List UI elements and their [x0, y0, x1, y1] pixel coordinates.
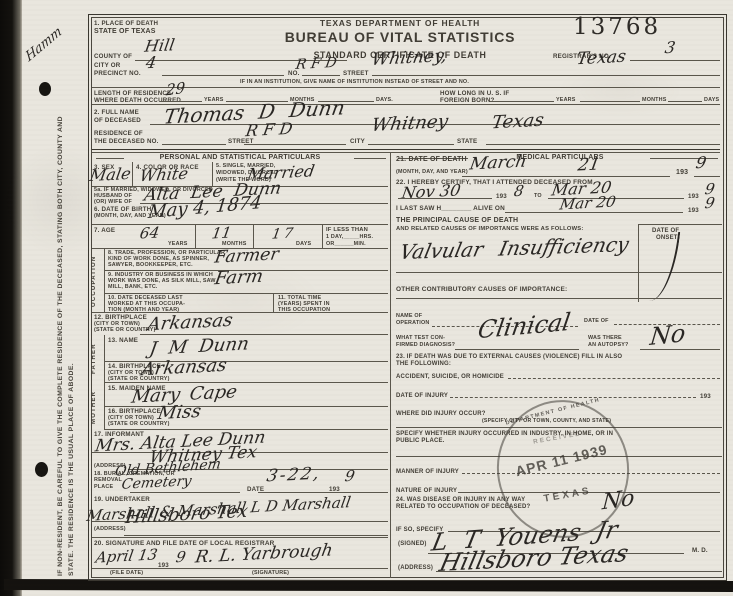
days-label: DAYS.: [376, 97, 393, 103]
physician-address-label: (ADDRESS): [398, 565, 433, 572]
field-line: [630, 60, 720, 61]
manner-of-injury-label: MANNER OF INJURY: [396, 469, 459, 476]
injury-specify-label-2: PUBLIC PLACE.: [396, 438, 445, 445]
operation-date-label: DATE OF: [584, 318, 609, 324]
row-rule: [104, 382, 388, 383]
field-line: [640, 349, 720, 350]
institution-note: IF IN AN INSTITUTION, GIVE NAME OF INSTI…: [240, 79, 469, 85]
city-or-label: CITY OR: [94, 62, 120, 69]
residence-state-value: Texas: [490, 112, 545, 133]
age-days-label: DAYS: [296, 241, 311, 247]
row-rule: [104, 293, 388, 294]
margin-line-2: STATE. THE RESIDENCE IS THE USUAL PLACE …: [67, 20, 78, 576]
trade-value: Farmer: [213, 246, 280, 266]
personal-section-title: PERSONAL AND STATISTICAL PARTICULARS: [100, 154, 380, 162]
field-line: [580, 101, 640, 102]
residence-label-2: THE DECEASED: [94, 138, 145, 145]
field-line: [244, 144, 346, 145]
autopsy-label-1: WAS THERE: [588, 335, 622, 341]
residence-label-1: RESIDENCE OF: [94, 130, 143, 137]
precinct-no-label: PRECINCT NO.: [94, 70, 141, 77]
onset-box-top: [638, 224, 722, 225]
row-rule: [104, 406, 388, 407]
field-line: [462, 176, 670, 177]
rule: [96, 158, 124, 159]
years-label: YEARS: [556, 97, 576, 103]
field-line: [450, 397, 696, 398]
row-rule: [124, 535, 388, 536]
injury-date-year: 193: [700, 393, 711, 400]
autopsy-value: No: [649, 321, 687, 349]
field-line: [162, 144, 226, 145]
sex-value: Male: [89, 166, 132, 184]
cell-divider: [195, 225, 196, 248]
industry-value: Farm: [213, 268, 264, 288]
date-of-death-day: 21: [577, 156, 602, 174]
row-rule: [92, 568, 388, 569]
father-birthplace-value: Arkansas: [140, 357, 228, 379]
last-saw-year-printed: 193: [688, 207, 699, 214]
field-line: [398, 198, 492, 199]
residence-state-label: STATE: [457, 138, 477, 145]
field-line: [490, 101, 554, 102]
last-saw-value: Mar 20: [559, 195, 617, 213]
file-date-caption: (FILE DATE): [110, 570, 143, 576]
section-divider: [92, 149, 720, 150]
date-of-death-sub: (MONTH, DAY, AND YEAR): [396, 169, 468, 175]
race-value: White: [138, 166, 189, 184]
birthplace-value: Arkansas: [146, 312, 234, 334]
age-days-value: 17: [271, 226, 297, 241]
contributory-label: OTHER CONTRIBUTORY CAUSES OF IMPORTANCE:: [396, 286, 567, 293]
cell-divider: [253, 225, 254, 248]
certificate-number: 13768: [573, 14, 661, 40]
cell-divider: [322, 225, 323, 248]
section-divider: [92, 152, 720, 153]
accident-label: ACCIDENT, SUICIDE, OR HOMICIDE: [396, 374, 504, 381]
file-year-value: 9: [175, 550, 187, 565]
onset-box-left: [638, 224, 639, 302]
occupation-side-label: OCCUPATION: [91, 252, 97, 310]
row-rule: [396, 298, 722, 299]
burial-date-value: 3-22,: [265, 466, 322, 486]
autopsy-label-2: AN AUTOPSY?: [588, 342, 629, 348]
row-rule: [92, 312, 388, 313]
to-label: TO: [534, 193, 542, 199]
trade-label-3: SAWYER, BOOKKEEPER, ETC.: [108, 262, 193, 268]
external-label-2: THE FOLLOWING:: [396, 361, 451, 368]
state-of-texas-label: STATE OF TEXAS: [94, 28, 156, 36]
operation-label-2: OPERATION: [396, 320, 429, 326]
father-name-label: 13. NAME: [108, 337, 138, 344]
rule: [92, 87, 720, 88]
row-rule: [92, 224, 388, 225]
last-saw-label: I LAST SAW H________ ALIVE ON: [396, 205, 505, 212]
hole-punch: [39, 82, 51, 96]
sidebar-divider: [104, 335, 105, 383]
cell-divider: [273, 293, 274, 312]
department-title: TEXAS DEPARTMENT OF HEALTH: [250, 19, 550, 29]
age-months-value: 11: [211, 226, 233, 242]
spouse-label-3: (OR) WIFE OF: [94, 199, 132, 205]
date-of-death-year-printed: 193: [676, 169, 688, 177]
field-line: [372, 75, 720, 76]
hole-punch: [35, 462, 48, 477]
column-divider: [390, 152, 391, 578]
scan-edge-left: [0, 0, 22, 596]
field-line: [668, 101, 702, 102]
county-label: COUNTY OF: [94, 53, 132, 60]
months-label: MONTHS: [642, 97, 667, 103]
file-date-value: April 13: [95, 547, 159, 565]
field-line: [130, 492, 240, 493]
burial-label-3: PLACE: [94, 484, 113, 490]
burial-place-value-2: Cemetery: [121, 474, 193, 492]
injury-where-label: WHERE DID INJURY OCCUR?: [396, 411, 486, 418]
field-line: [508, 378, 720, 379]
residence-no-label: NO.: [147, 138, 159, 145]
days-label: DAYS: [704, 97, 719, 103]
rule: [650, 158, 718, 159]
street-value: Whitney,: [370, 48, 448, 69]
mother-side-label: MOTHER: [91, 386, 97, 428]
margin-instruction-text: IF NON-RESIDENT, BE CAREFUL TO GIVE THE …: [56, 20, 78, 576]
street-state-value: Texas: [575, 49, 627, 69]
date-of-death-label: 21. DATE OF DEATH: [396, 156, 467, 164]
cause-label-2: AND RELATED CAUSES OF IMPORTANCE WERE AS…: [396, 226, 583, 233]
row-rule: [396, 272, 722, 273]
field-line: [486, 144, 720, 145]
margin-line-1: IF NON-RESIDENT, BE CAREFUL TO GIVE THE …: [56, 20, 67, 576]
full-name-label-1: 2. FULL NAME: [94, 109, 139, 116]
field-line: [368, 144, 454, 145]
age-less-label-2: 1 DAY,_____HRS.: [326, 234, 373, 240]
test-label-2: FIRMED DIAGNOSIS?: [396, 342, 455, 348]
rule: [354, 158, 386, 159]
from-year-printed: 193: [496, 193, 507, 200]
last-saw-year-value: 9: [704, 196, 716, 211]
external-label-1: 23. IF DEATH WAS DUE TO EXTERNAL CAUSES …: [396, 354, 622, 361]
residence-street-value: R F D: [244, 121, 293, 139]
undertaker-address-label: (ADDRESS): [94, 526, 126, 532]
injury-date-label: DATE OF INJURY: [396, 393, 448, 400]
full-name-label-2: OF DECEASED: [94, 117, 141, 124]
burial-year-value: 9: [344, 469, 356, 484]
place-of-death-label: 1. PLACE OF DEATH: [94, 20, 158, 27]
nature-of-injury-label: NATURE OF INJURY: [396, 488, 457, 495]
age-years-value: 64: [139, 226, 161, 242]
date-of-death-month: March: [468, 154, 527, 174]
death-certificate-scan: Hamm IF NON-RESIDENT, BE CAREFUL TO GIVE…: [0, 0, 733, 596]
residence-years-value: 29: [166, 81, 186, 99]
no-value: R F D: [295, 56, 338, 72]
row-rule: [92, 537, 388, 538]
father-side-label: FATHER: [91, 338, 97, 380]
operation-label-1: NAME OF: [396, 313, 422, 319]
industry-label-3: MILL, BANK, ETC.: [108, 284, 158, 290]
mother-birthplace-value: Miss: [156, 403, 202, 423]
test-label-1: WHAT TEST CON-: [396, 335, 445, 341]
age-label: 7. AGE: [94, 227, 115, 234]
age-less-label-1: IF LESS THAN: [326, 227, 368, 234]
age-less-label-3: OR______MIN.: [326, 241, 366, 247]
md-label: M. D.: [692, 547, 708, 554]
residence-city-label: CITY: [350, 138, 365, 145]
bureau-title: BUREAU OF VITAL STATISTICS: [250, 29, 550, 45]
age-years-label: YEARS: [168, 241, 188, 247]
field-line: [302, 75, 340, 76]
field-line: [258, 492, 388, 493]
county-value: Hill: [144, 37, 176, 55]
field-line: [694, 176, 720, 177]
cause-label-1: THE PRINCIPAL CAUSE OF DEATH: [396, 217, 518, 225]
to-year-printed: 193: [688, 193, 699, 200]
stamp-state-text: TEXAS: [504, 479, 632, 512]
field-line: [162, 75, 284, 76]
field-line: [436, 571, 722, 572]
field-line: [455, 349, 579, 350]
sidebar-divider: [104, 248, 105, 312]
row-rule: [140, 334, 388, 335]
street-label: STREET: [343, 70, 369, 77]
field-line: [160, 101, 202, 102]
undertaker-label: 19. UNDERTAKER: [94, 496, 150, 503]
signed-label: (SIGNED): [398, 541, 427, 548]
signature-caption: (SIGNATURE): [252, 570, 289, 576]
residence-city-value: Whitney: [370, 113, 449, 135]
field-line: [505, 212, 683, 213]
